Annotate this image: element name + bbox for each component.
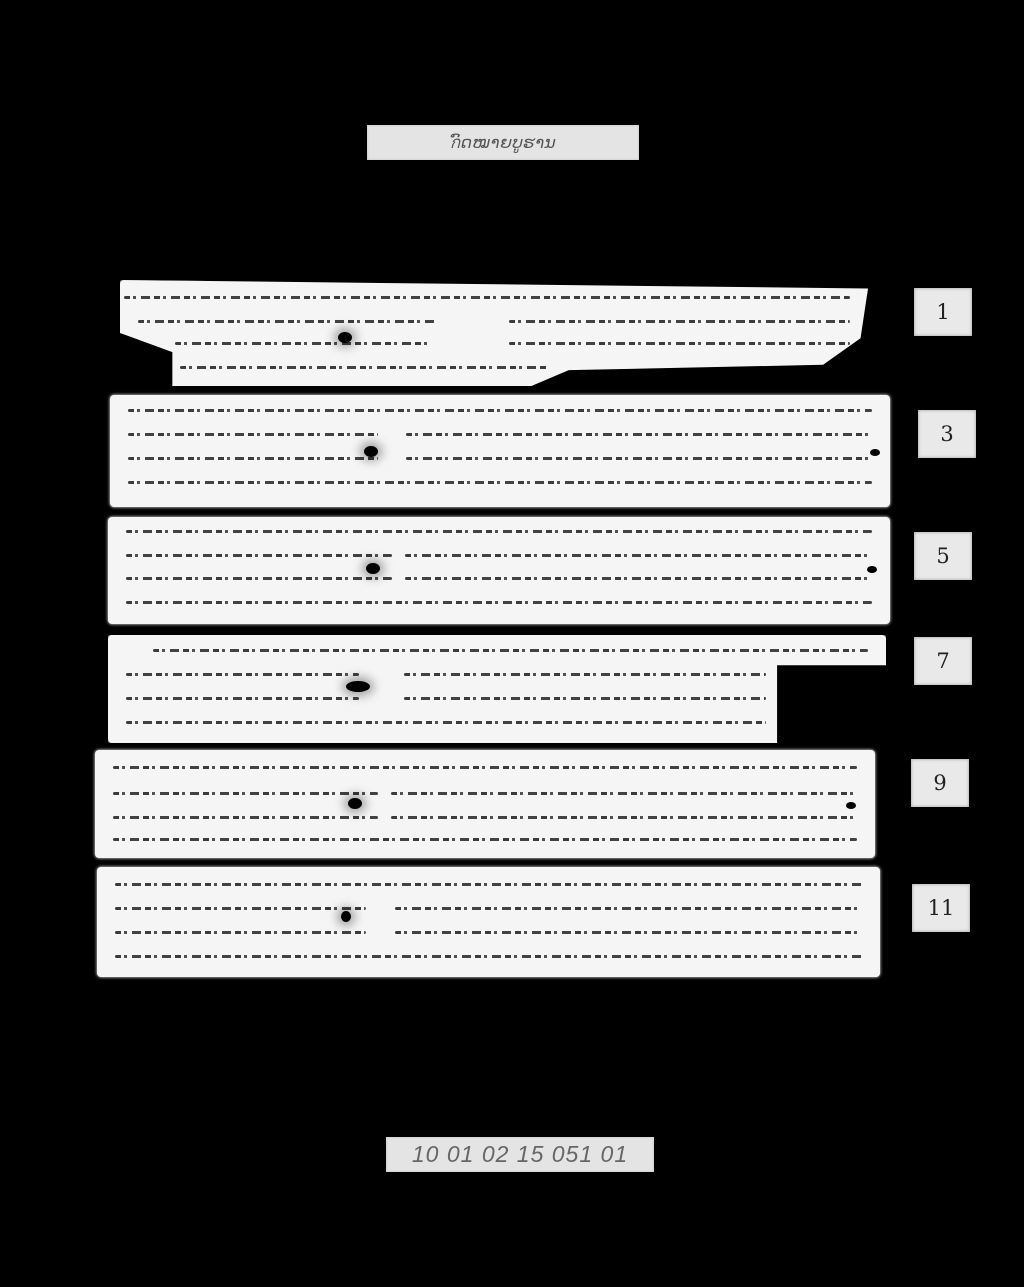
document-title-label: กົດໝາຍບູຮານ [367,125,639,160]
leaf-number-7: 7 [914,637,972,685]
catalog-code-label: 10 01 02 15 051 01 [386,1137,654,1172]
binding-hole [341,911,351,922]
manuscript-leaf-3 [110,395,890,507]
binding-hole [366,563,380,574]
binding-hole [338,332,352,343]
leaf-number-5: 5 [914,532,972,580]
leaf-number-11: 11 [912,884,970,932]
manuscript-leaf-1 [120,280,868,386]
leaf-number-1: 1 [914,288,972,336]
manuscript-leaf-5 [108,517,890,624]
binding-hole [348,798,362,809]
manuscript-leaf-9 [95,750,875,858]
binding-hole [346,681,370,692]
binding-hole [364,446,378,457]
leaf-number-9: 9 [911,759,969,807]
leaf-number-3: 3 [918,410,976,458]
manuscript-leaf-11 [97,867,880,977]
manuscript-leaf-7 [108,635,886,743]
